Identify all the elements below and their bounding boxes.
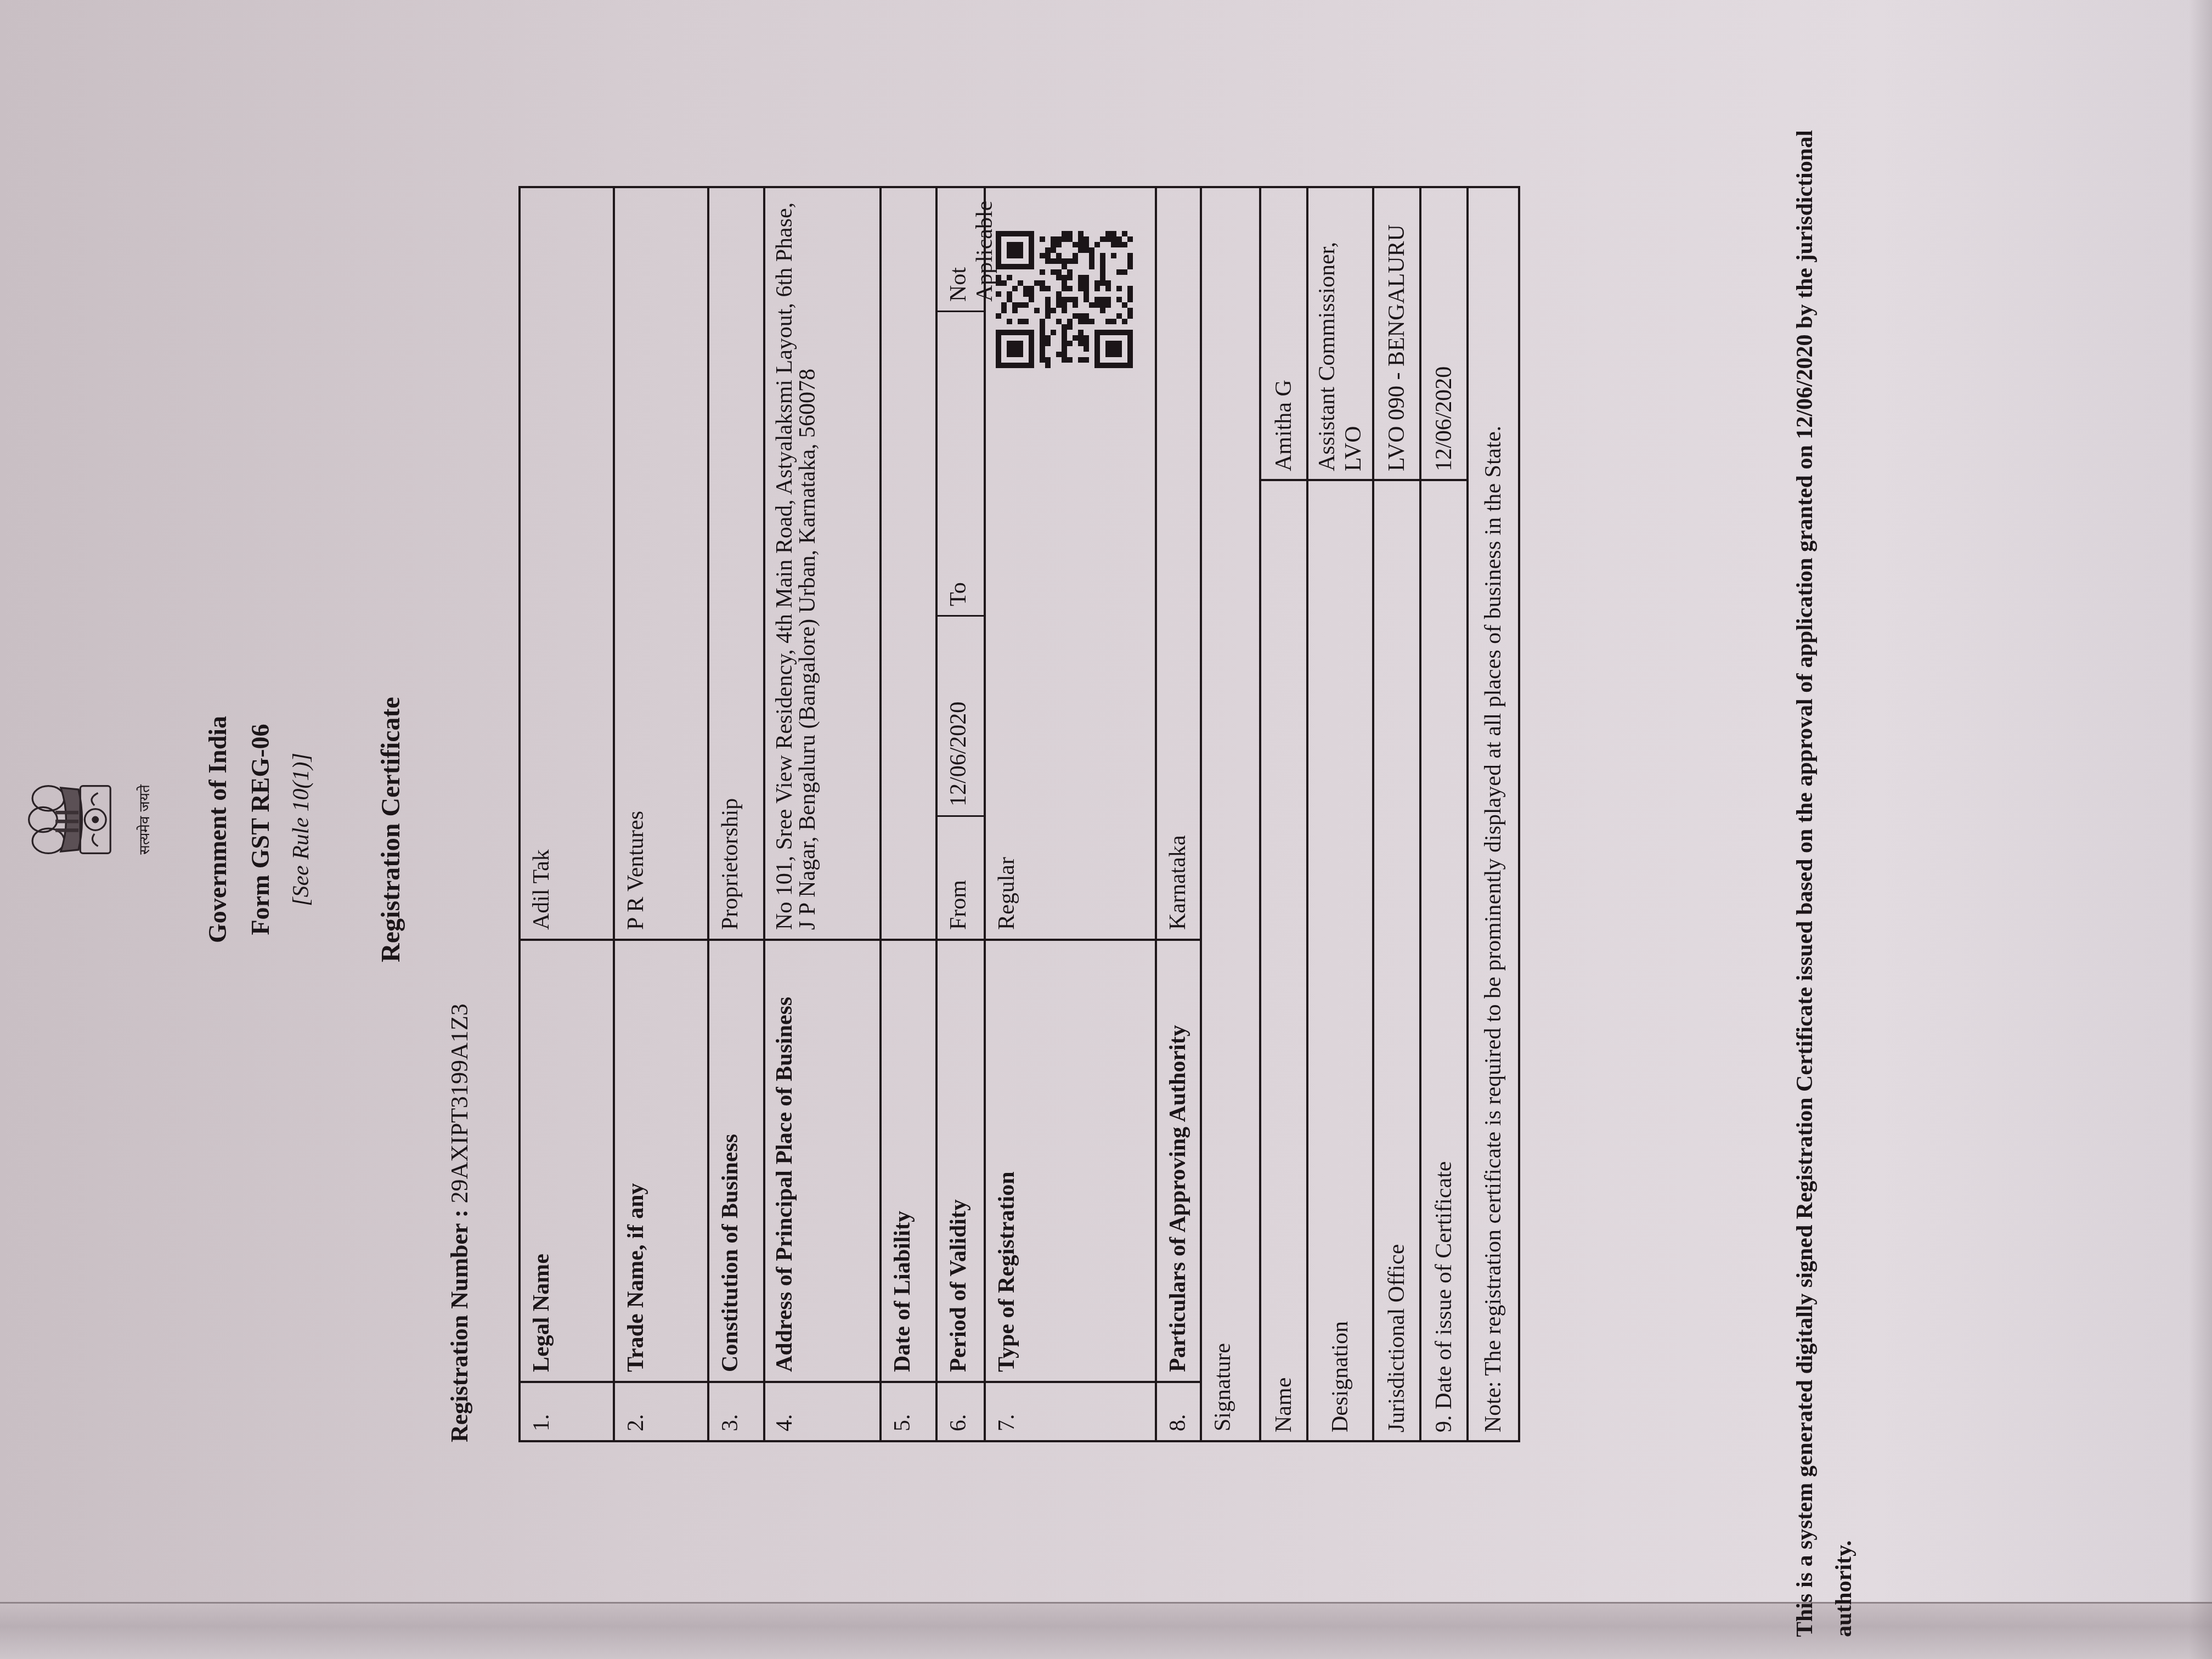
table-row: 7. Type of Registration Regular xyxy=(985,187,1156,1441)
jurisdictional-office-value: LVO 090 - BENGALURU xyxy=(1373,187,1420,480)
footer-statement: This is a system generated digitally sig… xyxy=(1786,46,1864,1637)
row-label: Address of Principal Place of Business xyxy=(764,940,881,1382)
row-label: Period of Validity xyxy=(936,940,985,1382)
registration-number-label: Registration Number : xyxy=(446,1204,473,1442)
trade-name-value: P R Ventures xyxy=(614,187,708,940)
row-label: Trade Name, if any xyxy=(614,940,708,1382)
row-number: 6. xyxy=(936,1382,985,1441)
issue-date-label: 9. Date of issue of Certificate xyxy=(1420,480,1468,1441)
row-label: Type of Registration xyxy=(985,940,1156,1382)
registration-number-value: 29AXIPT3199A1Z3 xyxy=(446,1003,473,1203)
table-row: 4. Address of Principal Place of Busines… xyxy=(764,187,881,1441)
table-row: 3. Constitution of Business Proprietorsh… xyxy=(708,187,764,1441)
table-row: 1. Legal Name Adil Tak xyxy=(520,187,614,1441)
note-row: Note: The registration certificate is re… xyxy=(1468,187,1519,1441)
form-heading: Form GST REG-06 xyxy=(246,0,275,1659)
display-note: Note: The registration certificate is re… xyxy=(1468,187,1519,1441)
validity-from-date: 12/06/2020 xyxy=(938,615,984,815)
authority-name-value: Amitha G xyxy=(1260,187,1307,480)
authority-details-table: Name Amitha G Designation Assistant Comm… xyxy=(1259,186,1520,1442)
validity-from-label: From xyxy=(938,815,984,939)
registration-certificate-document: सत्यमेव जयते Government of India Form GS… xyxy=(0,0,2212,1659)
registration-type-value: Regular xyxy=(994,857,1019,930)
issue-date-value: 12/06/2020 xyxy=(1420,187,1468,480)
validity-period: From 12/06/2020 To Not Applicable xyxy=(938,188,984,939)
authority-name-label: Name xyxy=(1260,480,1307,1441)
constitution-value: Proprietorship xyxy=(708,187,764,940)
designation-value: Assistant Commissioner, LVO xyxy=(1307,187,1373,480)
jurisdictional-office-label: Jurisdictional Office xyxy=(1373,480,1420,1441)
table-row: 9. Date of issue of Certificate 12/06/20… xyxy=(1420,187,1468,1441)
emblem-motto: सत्यमेव जयते xyxy=(134,785,154,855)
row-number: 1. xyxy=(520,1382,614,1441)
row-number: 8. xyxy=(1156,1382,1201,1441)
row-number: 4. xyxy=(764,1382,881,1441)
row-number: 7. xyxy=(985,1382,1156,1441)
table-row: 2. Trade Name, if any P R Ventures xyxy=(614,187,708,1441)
ashoka-emblem-icon xyxy=(16,773,132,866)
validity-to-date: Not Applicable xyxy=(938,188,984,311)
row-label: Date of Liability xyxy=(881,940,936,1382)
state-emblem: सत्यमेव जयते xyxy=(16,765,181,874)
table-row: 8. Particulars of Approving Authority Ka… xyxy=(1156,187,1201,1441)
address-value: No 101, Sree View Residency, 4th Main Ro… xyxy=(764,187,881,940)
qr-code-icon xyxy=(996,231,1133,368)
table-row: 6. Period of Validity From 12/06/2020 To… xyxy=(936,187,985,1441)
certificate-title: Registration Certificate xyxy=(376,0,406,1659)
row-number: 5. xyxy=(881,1382,936,1441)
row-number: 2. xyxy=(614,1382,708,1441)
row-label: Constitution of Business xyxy=(708,940,764,1382)
row-number: 3. xyxy=(708,1382,764,1441)
government-heading: Government of India xyxy=(203,0,232,1659)
registration-number: Registration Number : 29AXIPT3199A1Z3 xyxy=(445,1003,473,1442)
table-row: 5. Date of Liability xyxy=(881,187,936,1441)
row-label: Legal Name xyxy=(520,940,614,1382)
table-row: Designation Assistant Commissioner, LVO xyxy=(1307,187,1373,1441)
validity-cell: From 12/06/2020 To Not Applicable xyxy=(936,187,985,940)
legal-name-value: Adil Tak xyxy=(520,187,614,940)
table-row: Jurisdictional Office LVO 090 - BENGALUR… xyxy=(1373,187,1420,1441)
approving-authority-value: Karnataka xyxy=(1156,187,1201,940)
row-label: Particulars of Approving Authority xyxy=(1156,940,1201,1382)
table-row: Name Amitha G xyxy=(1260,187,1307,1441)
validity-to-label: To xyxy=(938,311,984,615)
registration-type-cell: Regular xyxy=(985,187,1156,940)
rule-reference: [See Rule 10(1)] xyxy=(288,0,314,1659)
date-of-liability-value xyxy=(881,187,936,940)
designation-label: Designation xyxy=(1307,480,1373,1441)
